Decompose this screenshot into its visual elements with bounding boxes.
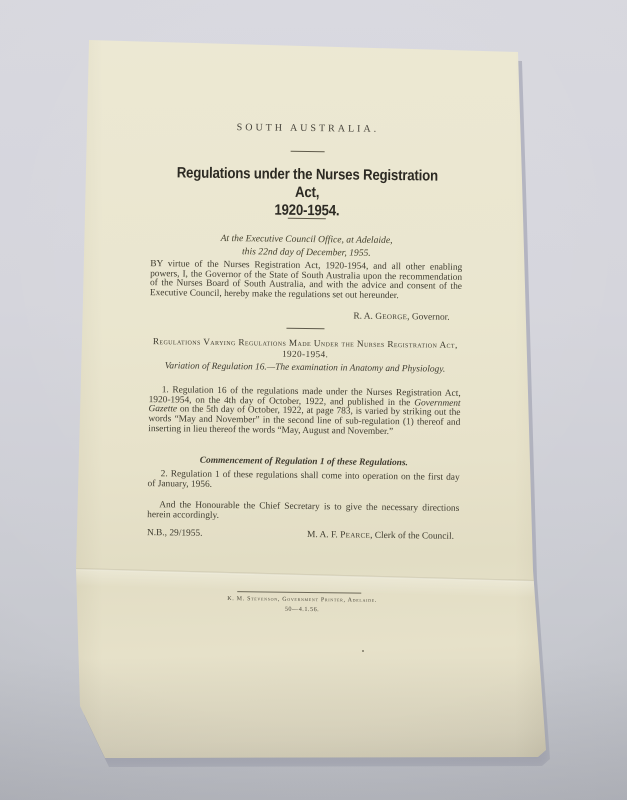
- governor-signature-suffix: , Governor.: [407, 312, 450, 323]
- governor-signature: R. A. George, Governor.: [150, 310, 462, 324]
- document-title-line1: Regulations under the Nurses Registratio…: [170, 164, 445, 203]
- imprint-code: 50—4.1.56.: [146, 604, 458, 615]
- dateline: At the Executive Council Office, at Adel…: [150, 231, 462, 261]
- docket-row: N.B., 29/1955. M. A. F. Pearce, Clerk of…: [147, 529, 459, 543]
- clerk-signature-suffix: , Clerk of the Council.: [370, 531, 454, 542]
- dateline-line2: this 22nd day of December, 1955.: [242, 246, 371, 259]
- docket-number: N.B., 29/1955.: [147, 529, 203, 539]
- varying-regulations-heading: Regulations Varying Regulations Made Und…: [149, 336, 461, 362]
- regulation-1-paragraph: 1. Regulation 16 of the regulations made…: [148, 386, 461, 438]
- governor-surname: George: [375, 312, 407, 322]
- regulation-1-text-after: on the 5th day of October, 1922, at page…: [148, 405, 460, 437]
- divider-rule-1: [291, 151, 325, 152]
- regulation-2-paragraph: 2. Regulation 1 of these regulations sha…: [147, 470, 459, 493]
- enacting-paragraph: BY virtue of the Nurses Registration Act…: [150, 260, 462, 303]
- clerk-signature-prefix: M. A. F.: [307, 530, 340, 540]
- paper-speck: [362, 650, 364, 652]
- governor-signature-prefix: R. A.: [353, 312, 375, 322]
- direction-paragraph: And the Honourable the Chief Secretary i…: [147, 501, 459, 524]
- clerk-surname: Pearce: [340, 530, 370, 540]
- clerk-signature: M. A. F. Pearce, Clerk of the Council.: [307, 531, 454, 542]
- divider-rule-3: [286, 328, 324, 329]
- dateline-line1: At the Executive Council Office, at Adel…: [221, 233, 393, 246]
- imprint-divider: [237, 591, 361, 594]
- variation-heading: Variation of Regulation 16.—The examinat…: [149, 361, 461, 375]
- paper-sheet: SOUTH AUSTRALIA. Regulations under the N…: [74, 38, 548, 760]
- document-title: Regulations under the Nurses Registratio…: [151, 164, 464, 222]
- photo-surface: SOUTH AUSTRALIA. Regulations under the N…: [0, 0, 627, 800]
- commencement-heading: Commencement of Regulation 1 of these Re…: [148, 456, 460, 470]
- state-heading: SOUTH AUSTRALIA.: [152, 122, 464, 136]
- document-content: SOUTH AUSTRALIA. Regulations under the N…: [146, 120, 464, 629]
